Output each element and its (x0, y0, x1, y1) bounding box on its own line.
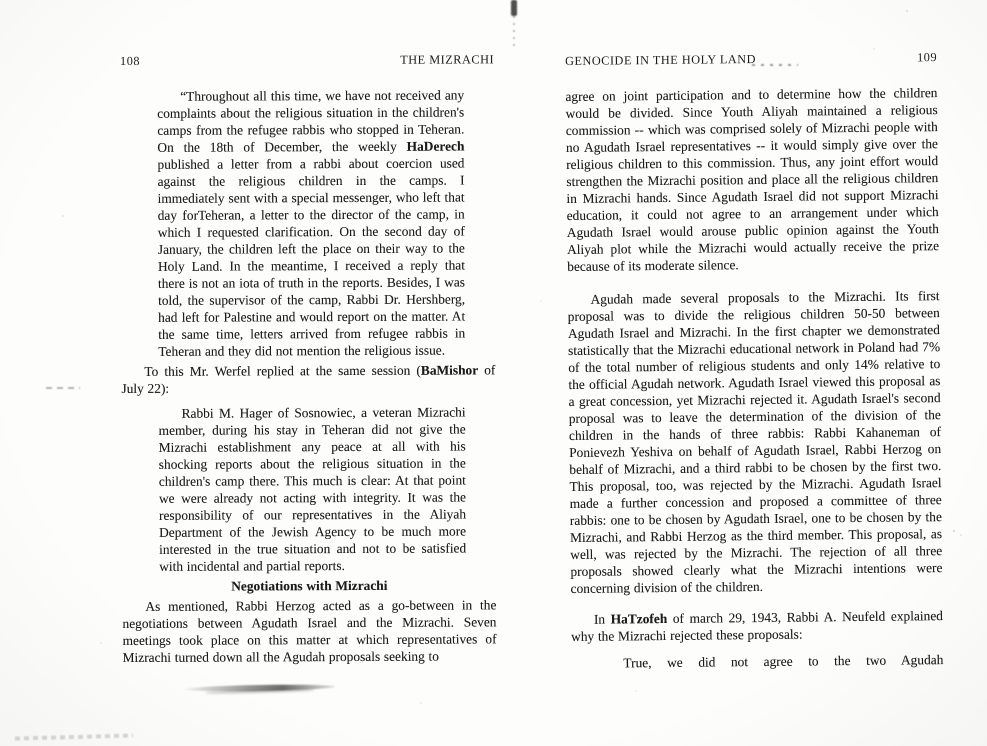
paragraph-negotiations: As mentioned, Rabbi Herzog acted as a go… (122, 596, 496, 666)
page-header-right: GENOCIDE IN THE HOLY LAND 109 (565, 50, 937, 69)
page-body-left: “Throughout all this time, we have not r… (120, 86, 497, 666)
hatzofeh-title: HaTzofeh (611, 611, 668, 627)
page-header-left: 108 THE MIZRACHI (120, 52, 494, 69)
page-right-109: GENOCIDE IN THE HOLY LAND 109 agree on j… (565, 50, 943, 672)
scan-scratch-bottom-left (15, 733, 133, 740)
quote-text: Rabbi M. Hager of Sosnowiec, a veteran M… (159, 404, 467, 573)
paragraph-werfel-reply: To this Mr. Werfel replied at the same s… (121, 361, 495, 397)
paragraph-continuation: agree on joint participation and to dete… (565, 84, 939, 275)
quote-text-post: published a letter from a rabbi about co… (157, 155, 465, 358)
book-spread: 108 THE MIZRACHI “Throughout all this ti… (0, 0, 987, 746)
haderech-title: HaDerech (407, 138, 465, 153)
paragraph-agudah-proposals: Agudah made several proposals to the Miz… (567, 287, 942, 597)
scan-fold-tail-dots (513, 16, 515, 46)
paragraph-hatzofeh: In HaTzofeh of march 29, 1943, Rabbi A. … (571, 607, 943, 645)
blockquote-hager: Rabbi M. Hager of Sosnowiec, a veteran M… (159, 403, 467, 574)
blockquote-teheran-report: “Throughout all this time, we have not r… (157, 86, 465, 359)
page-number-left: 108 (120, 54, 140, 69)
scan-smudge-bottom-left-page-2 (205, 689, 315, 695)
scan-noise-speckles (0, 0, 2, 2)
scan-fold-smudge (511, 0, 517, 16)
scan-mark-left-margin (46, 387, 80, 389)
running-header-right: GENOCIDE IN THE HOLY LAND (565, 52, 756, 69)
page-number-right: 109 (917, 50, 937, 65)
page-body-right: agree on joint participation and to dete… (565, 84, 943, 672)
blockquote-true-quote: True, we did not agree to the two Agudah (623, 651, 943, 671)
scan-smudge-bottom-left-page (185, 684, 335, 693)
running-header-left: THE MIZRACHI (400, 52, 494, 67)
paragraph-text-pre: To this Mr. Werfel replied at the same s… (144, 363, 421, 379)
bamishor-title: BaMishor (421, 362, 478, 377)
page-left-108: 108 THE MIZRACHI “Throughout all this ti… (120, 52, 497, 666)
paragraph-text-pre: In (594, 612, 611, 627)
section-heading-negotiations: Negotiations with Mizrachi (122, 576, 496, 595)
